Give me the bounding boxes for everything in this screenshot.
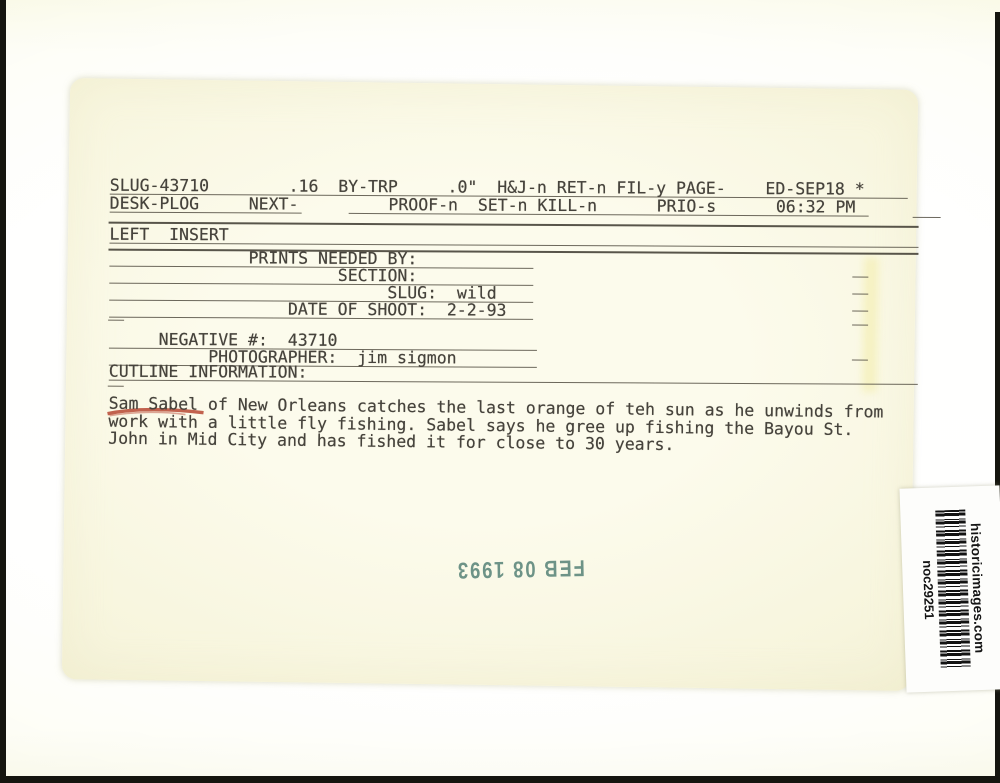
photo-paper: SLUG-43710 .16 BY-TRP .0" H&J-n RET-n FI… [62,78,918,691]
date-stamp: FEB 08 1993 [455,544,587,593]
barcode-icon [935,510,970,669]
scanned-photo-back: SLUG-43710 .16 BY-TRP .0" H&J-n RET-n FI… [0,0,1000,783]
typed-form: SLUG-43710 .16 BY-TRP .0" H&J-n RET-n FI… [66,78,917,683]
scan-edge-bottom [0,776,1000,783]
scan-edge-left [0,0,6,783]
barcode-sticker: historicimages.com noc29251 [899,485,1000,692]
barcode-sticker-content: historicimages.com noc29251 [907,508,999,671]
cutline-paragraph: Sam Sabel of New Orleans catches the las… [64,78,919,689]
sticker-site-text: historicimages.com [967,508,988,668]
cutline-line-3: John in Mid City and has fished it for c… [108,430,674,454]
